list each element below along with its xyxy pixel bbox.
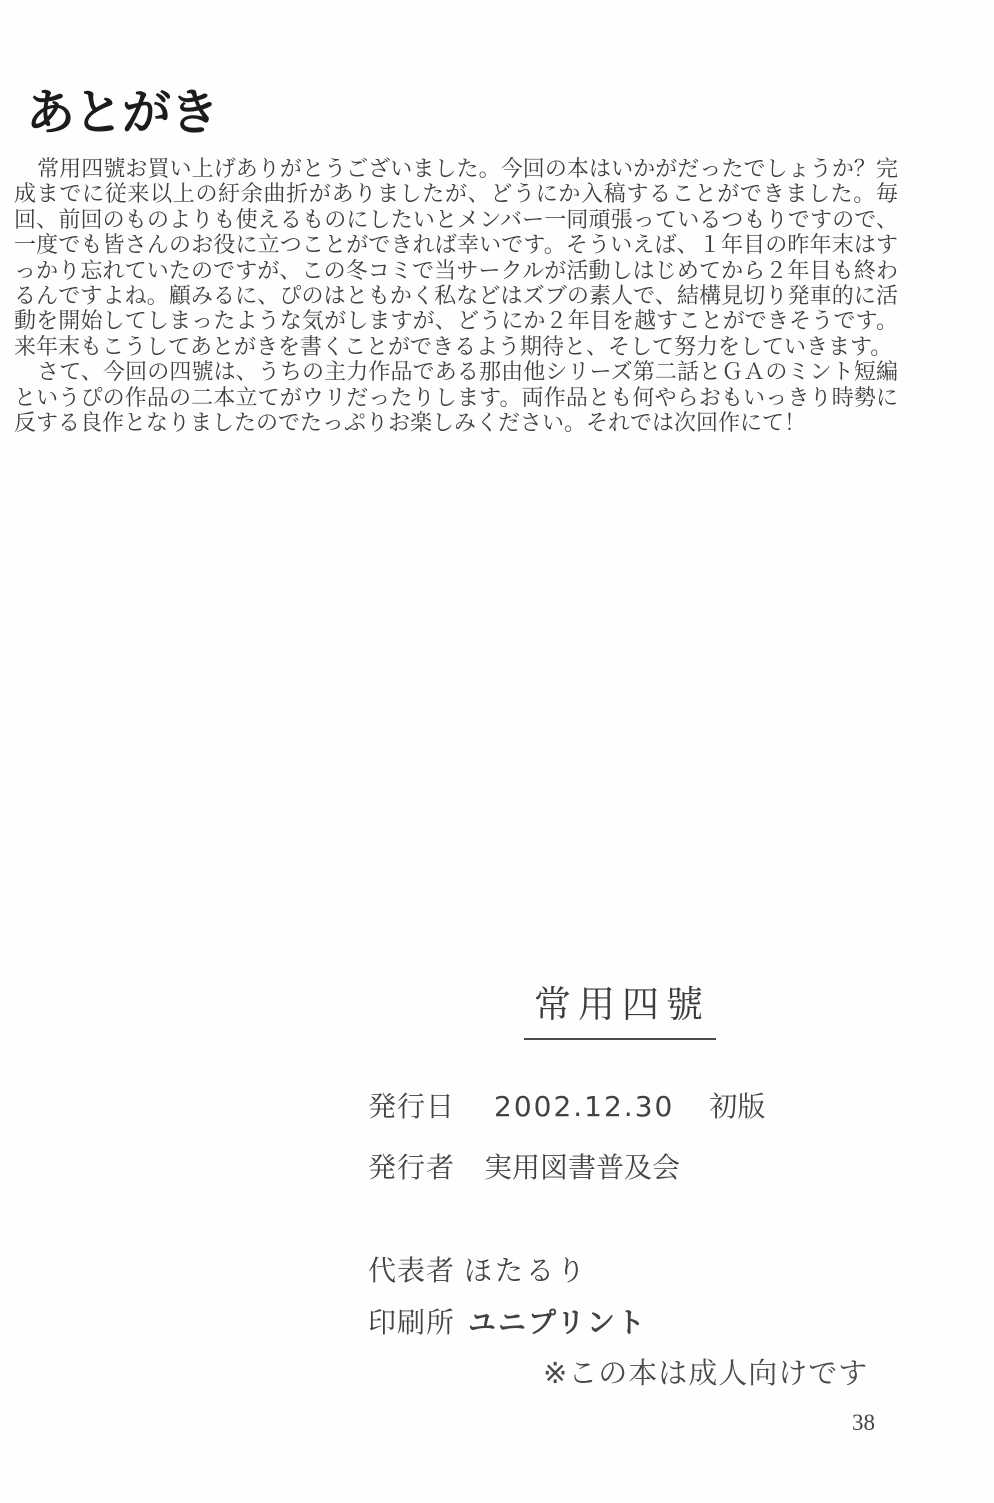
colophon: 常用四號 bbox=[450, 974, 790, 1040]
adult-content-notice: ※この本は成人向けです bbox=[543, 1351, 868, 1392]
colophon-row-printer: 印刷所 ユニプリント bbox=[368, 1301, 647, 1341]
publish-date-value: 2002.12.30 bbox=[494, 1090, 674, 1123]
colophon-row-publish-date: 発行日 2002.12.30 初版 bbox=[368, 1085, 765, 1125]
afterword-page: あとがき 常用四號お買い上げありがとうございました。今回の本はいかがだったでしょ… bbox=[0, 0, 994, 1503]
edition-value: 初版 bbox=[709, 1085, 765, 1125]
afterword-paragraph-1: 常用四號お買い上げありがとうございました。今回の本はいかがだったでしょうか？完成… bbox=[14, 156, 898, 359]
publish-date-label: 発行日 bbox=[368, 1085, 454, 1125]
afterword-paragraph-2: さて、今回の四號は、うちの主力作品である那由他シリーズ第二話とＧＡのミント短編と… bbox=[14, 359, 898, 435]
colophon-row-publisher: 発行者 実用図書普及会 bbox=[368, 1146, 680, 1186]
printer-value: ユニプリント bbox=[468, 1301, 647, 1341]
book-title: 常用四號 bbox=[524, 974, 716, 1040]
publisher-value: 実用図書普及会 bbox=[484, 1146, 680, 1186]
colophon-row-representative: 代表者 ほたるり bbox=[368, 1249, 588, 1289]
representative-label: 代表者 bbox=[368, 1249, 454, 1289]
publisher-label: 発行者 bbox=[368, 1146, 454, 1186]
afterword-body: 常用四號お買い上げありがとうございました。今回の本はいかがだったでしょうか？完成… bbox=[14, 156, 898, 435]
printer-label: 印刷所 bbox=[368, 1301, 454, 1341]
page-title: あとがき bbox=[26, 74, 218, 144]
representative-value: ほたるり bbox=[464, 1249, 588, 1289]
page-number: 38 bbox=[852, 1410, 875, 1436]
